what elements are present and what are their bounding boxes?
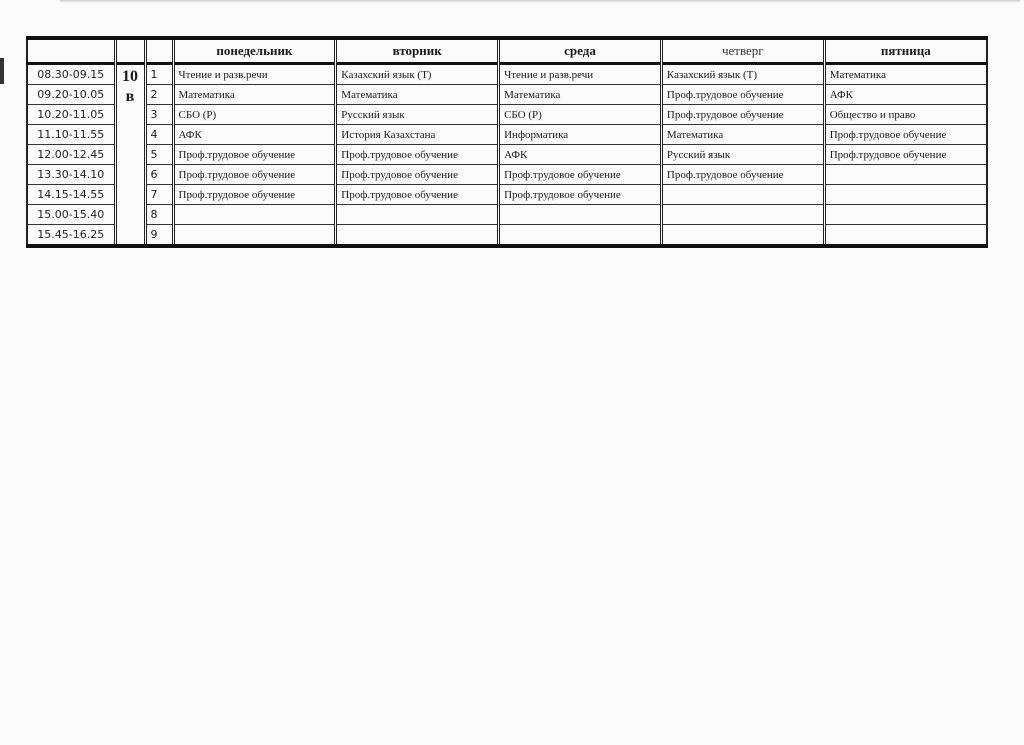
header-class	[115, 38, 145, 64]
page-edge-shadow	[60, 0, 1020, 3]
lesson-time: 12.00-12.45	[27, 145, 115, 165]
lesson-monday	[173, 205, 336, 225]
lesson-tuesday: Проф.трудовое обучение	[336, 185, 499, 205]
lesson-monday: СБО (Р)	[173, 105, 336, 125]
table-row: 11.10-11.554АФКИстория КазахстанаИнформа…	[27, 125, 987, 145]
header-time	[27, 38, 115, 64]
lesson-time: 14.15-14.55	[27, 185, 115, 205]
lesson-friday	[824, 205, 987, 225]
lesson-monday: Проф.трудовое обучение	[173, 165, 336, 185]
table-row: 12.00-12.455Проф.трудовое обучениеПроф.т…	[27, 145, 987, 165]
lesson-wednesday: СБО (Р)	[499, 105, 662, 125]
lesson-tuesday: Проф.трудовое обучение	[336, 145, 499, 165]
lesson-monday: АФК	[173, 125, 336, 145]
lesson-friday: Проф.трудовое обучение	[824, 145, 987, 165]
lesson-tuesday: Русский язык	[336, 105, 499, 125]
class-grade: 10	[121, 67, 140, 87]
lesson-tuesday: История Казахстана	[336, 125, 499, 145]
lesson-number: 1	[145, 64, 173, 85]
lesson-wednesday	[499, 205, 662, 225]
header-thursday: четверг	[661, 38, 824, 64]
class-label: 10в	[115, 64, 145, 247]
lesson-monday	[173, 225, 336, 247]
lesson-thursday: Проф.трудовое обучение	[661, 105, 824, 125]
table-row: 14.15-14.557Проф.трудовое обучениеПроф.т…	[27, 185, 987, 205]
lesson-wednesday: Проф.трудовое обучение	[499, 185, 662, 205]
lesson-monday: Чтение и разв.речи	[173, 64, 336, 85]
lesson-tuesday	[336, 205, 499, 225]
lesson-tuesday	[336, 225, 499, 247]
timetable-sheet: понедельник вторник среда четверг пятниц…	[26, 36, 988, 248]
header-friday: пятница	[824, 38, 987, 64]
lesson-wednesday: Математика	[499, 85, 662, 105]
lesson-time: 11.10-11.55	[27, 125, 115, 145]
table-row: 15.45-16.259	[27, 225, 987, 247]
lesson-number: 8	[145, 205, 173, 225]
lesson-time: 15.45-16.25	[27, 225, 115, 247]
lesson-friday	[824, 185, 987, 205]
header-row: понедельник вторник среда четверг пятниц…	[27, 38, 987, 64]
lesson-friday: Проф.трудовое обучение	[824, 125, 987, 145]
lesson-monday: Проф.трудовое обучение	[173, 145, 336, 165]
lesson-number: 7	[145, 185, 173, 205]
lesson-friday	[824, 225, 987, 247]
lesson-number: 6	[145, 165, 173, 185]
header-tuesday: вторник	[336, 38, 499, 64]
header-num	[145, 38, 173, 64]
lesson-time: 13.30-14.10	[27, 165, 115, 185]
table-row: 08.30-09.1510в1Чтение и разв.речиКазахск…	[27, 64, 987, 85]
lesson-wednesday: Информатика	[499, 125, 662, 145]
lesson-number: 2	[145, 85, 173, 105]
lesson-time: 10.20-11.05	[27, 105, 115, 125]
lesson-tuesday: Проф.трудовое обучение	[336, 165, 499, 185]
timetable-body: 08.30-09.1510в1Чтение и разв.речиКазахск…	[27, 64, 987, 247]
lesson-wednesday: Чтение и разв.речи	[499, 64, 662, 85]
table-row: 13.30-14.106Проф.трудовое обучениеПроф.т…	[27, 165, 987, 185]
lesson-friday: Общество и право	[824, 105, 987, 125]
class-letter: в	[121, 87, 140, 107]
lesson-number: 4	[145, 125, 173, 145]
lesson-thursday: Математика	[661, 125, 824, 145]
lesson-monday: Математика	[173, 85, 336, 105]
timetable: понедельник вторник среда четверг пятниц…	[26, 36, 988, 248]
lesson-tuesday: Казахский язык (Т)	[336, 64, 499, 85]
page-edge-mark	[0, 58, 4, 84]
lesson-wednesday	[499, 225, 662, 247]
lesson-number: 9	[145, 225, 173, 247]
lesson-time: 09.20-10.05	[27, 85, 115, 105]
lesson-friday: Математика	[824, 64, 987, 85]
lesson-thursday	[661, 225, 824, 247]
table-row: 15.00-15.408	[27, 205, 987, 225]
lesson-time: 15.00-15.40	[27, 205, 115, 225]
lesson-thursday: Проф.трудовое обучение	[661, 165, 824, 185]
lesson-monday: Проф.трудовое обучение	[173, 185, 336, 205]
lesson-wednesday: АФК	[499, 145, 662, 165]
lesson-thursday: Казахский язык (Т)	[661, 64, 824, 85]
lesson-thursday: Проф.трудовое обучение	[661, 85, 824, 105]
lesson-thursday: Русский язык	[661, 145, 824, 165]
lesson-number: 3	[145, 105, 173, 125]
table-row: 10.20-11.053СБО (Р)Русский языкСБО (Р)Пр…	[27, 105, 987, 125]
header-wednesday: среда	[499, 38, 662, 64]
lesson-time: 08.30-09.15	[27, 64, 115, 85]
lesson-friday: АФК	[824, 85, 987, 105]
lesson-friday	[824, 165, 987, 185]
lesson-wednesday: Проф.трудовое обучение	[499, 165, 662, 185]
lesson-tuesday: Математика	[336, 85, 499, 105]
lesson-thursday	[661, 205, 824, 225]
header-monday: понедельник	[173, 38, 336, 64]
lesson-number: 5	[145, 145, 173, 165]
lesson-thursday	[661, 185, 824, 205]
table-row: 09.20-10.052МатематикаМатематикаМатемати…	[27, 85, 987, 105]
